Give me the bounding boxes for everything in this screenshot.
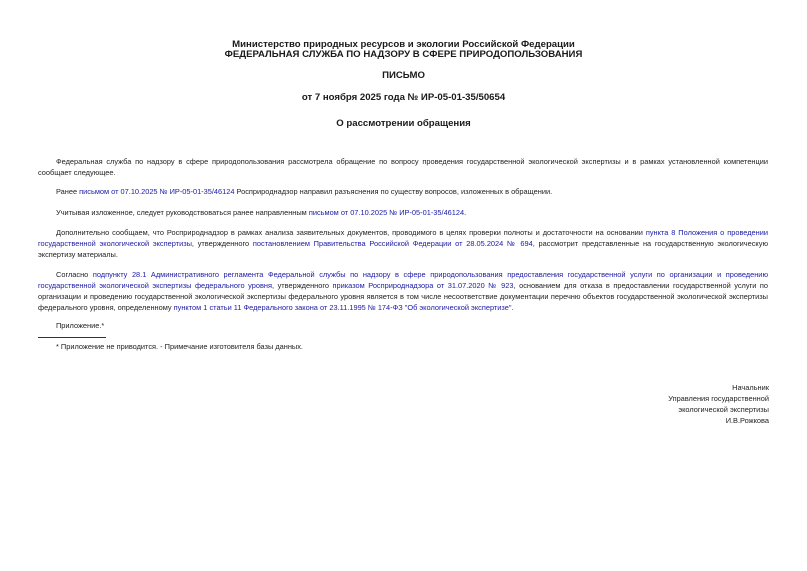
signature-block: Начальник Управления государственной эко…: [668, 382, 769, 426]
paragraph-2-text: Росприроднадзор направил разъяснения по …: [234, 187, 552, 196]
federal-law-174-link[interactable]: пунктом 1 статьи 11 Федерального закона …: [174, 303, 512, 312]
paragraph-1-text: Федеральная служба по надзору в сфере пр…: [38, 156, 768, 178]
document-subject: О рассмотрении обращения: [0, 118, 807, 129]
letter-46124-link[interactable]: письмом от 07.10.2025 № ИР-05-01-35/4612…: [79, 187, 234, 196]
paragraph-5: Согласно подпункту 28.1 Административног…: [38, 269, 768, 313]
paragraph-3: Учитывая изложенное, следует руководство…: [38, 207, 768, 218]
paragraph-3-text: Учитывая изложенное, следует руководство…: [56, 208, 309, 217]
paragraph-5-text: Согласно: [56, 270, 93, 279]
document-type: ПИСЬМО: [0, 70, 807, 81]
government-decree-694-link[interactable]: постановлением Правительства Российской …: [253, 239, 533, 248]
footnote-divider: [38, 337, 106, 338]
document-date-number: от 7 ноября 2025 года № ИР-05-01-35/5065…: [0, 92, 807, 103]
signatory-department-line-1: Управления государственной: [668, 393, 769, 404]
attachment-text: Приложение.*: [38, 320, 768, 331]
paragraph-5-text: .: [511, 303, 513, 312]
order-923-link[interactable]: приказом Росприроднадзора от 31.07.2020 …: [333, 281, 514, 290]
footnote: * Приложение не приводится. - Примечание…: [56, 341, 303, 352]
paragraph-2-text: Ранее: [56, 187, 79, 196]
signatory-name: И.В.Рожкова: [668, 415, 769, 426]
paragraph-4-text: Дополнительно сообщаем, что Росприроднад…: [56, 228, 646, 237]
signatory-department-line-2: экологической экспертизы: [668, 404, 769, 415]
signatory-position: Начальник: [668, 382, 769, 393]
paragraph-4: Дополнительно сообщаем, что Росприроднад…: [38, 227, 768, 260]
attachment-note: Приложение.*: [38, 320, 768, 331]
paragraph-5-text: , утвержденного: [272, 281, 333, 290]
paragraph-2: Ранее письмом от 07.10.2025 № ИР-05-01-3…: [38, 186, 768, 197]
letter-46124-link[interactable]: письмом от 07.10.2025 № ИР-05-01-35/4612…: [309, 208, 464, 217]
paragraph-1: Федеральная служба по надзору в сфере пр…: [38, 156, 768, 178]
paragraph-4-text: , утвержденного: [192, 239, 253, 248]
service-name: ФЕДЕРАЛЬНАЯ СЛУЖБА ПО НАДЗОРУ В СФЕРЕ ПР…: [0, 49, 807, 60]
paragraph-3-text: .: [464, 208, 466, 217]
